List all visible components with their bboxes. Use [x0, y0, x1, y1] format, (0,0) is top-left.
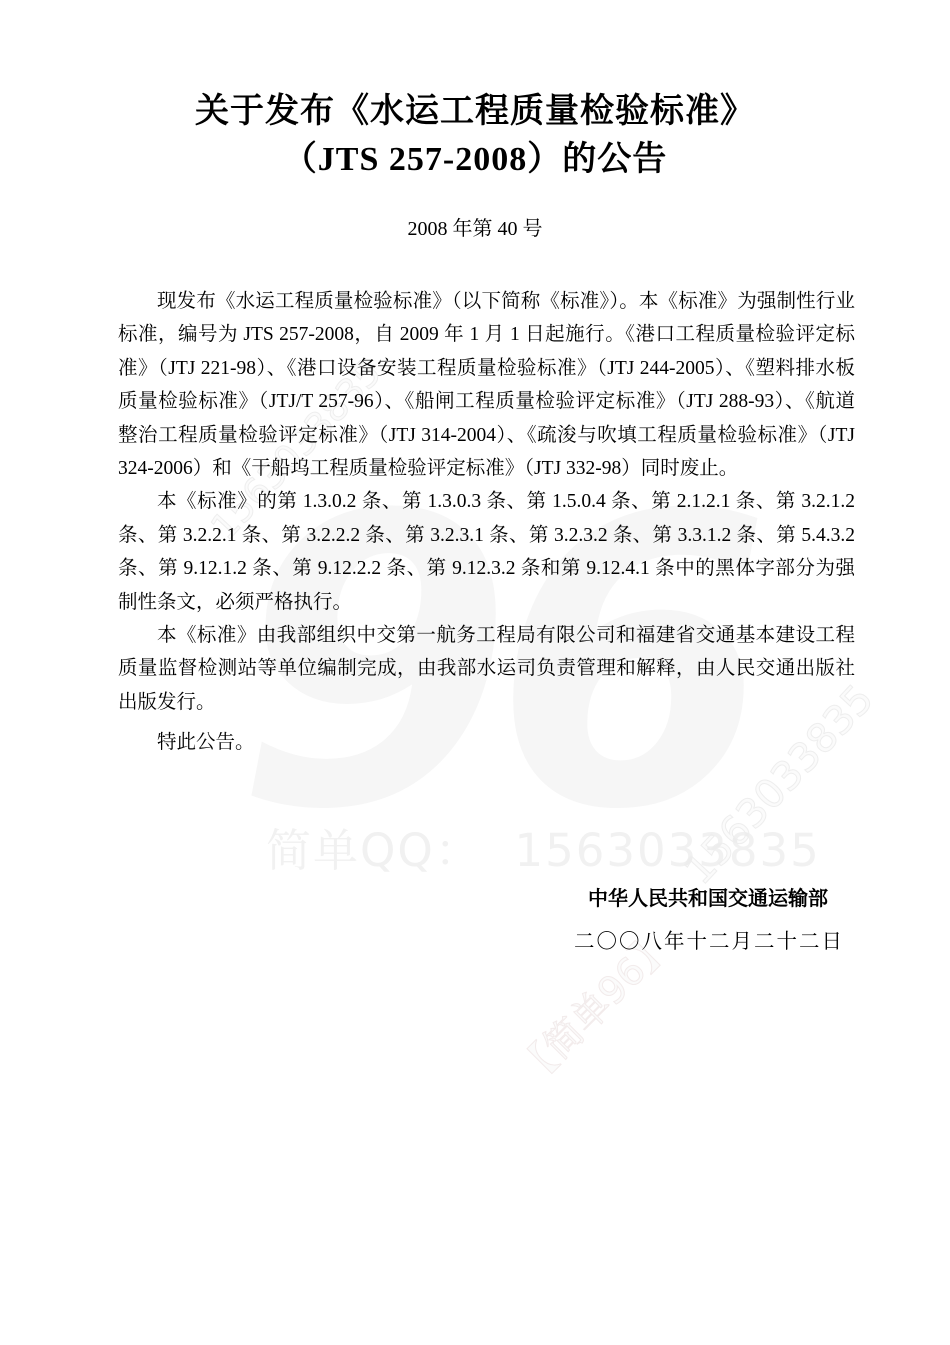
document-title: 关于发布《水运工程质量检验标准》 （JTS 257-2008）的公告 [0, 88, 950, 184]
document-title-line2: （JTS 257-2008）的公告 [0, 136, 950, 184]
signature-block: 中华人民共和国交通运输部 二〇〇八年十二月二十二日 [0, 886, 950, 957]
document-page: 96 简单QQ： 1563033835 1563033835 156303383… [0, 0, 950, 1345]
signature-organization: 中华人民共和国交通运输部 [0, 886, 950, 912]
document-body: 现发布《水运工程质量检验标准》（以下简称《标准》）。本《标准》为强制性行业标准，… [118, 285, 855, 760]
paragraph-mandatory-clauses: 本《标准》的第 1.3.0.2 条、第 1.3.0.3 条、第 1.5.0.4 … [118, 485, 855, 619]
paragraph-compilation: 本《标准》由我部组织中交第一航务工程局有限公司和福建省交通基本建设工程质量监督检… [118, 619, 855, 719]
paragraph-closing: 特此公告。 [118, 726, 855, 759]
paragraph-announcement: 现发布《水运工程质量检验标准》（以下简称《标准》）。本《标准》为强制性行业标准，… [118, 285, 855, 485]
document-content: 关于发布《水运工程质量检验标准》 （JTS 257-2008）的公告 2008 … [0, 0, 950, 957]
signature-date: 二〇〇八年十二月二十二日 [0, 927, 950, 957]
document-title-line1: 关于发布《水运工程质量检验标准》 [0, 88, 950, 136]
document-number: 2008 年第 40 号 [0, 218, 950, 240]
